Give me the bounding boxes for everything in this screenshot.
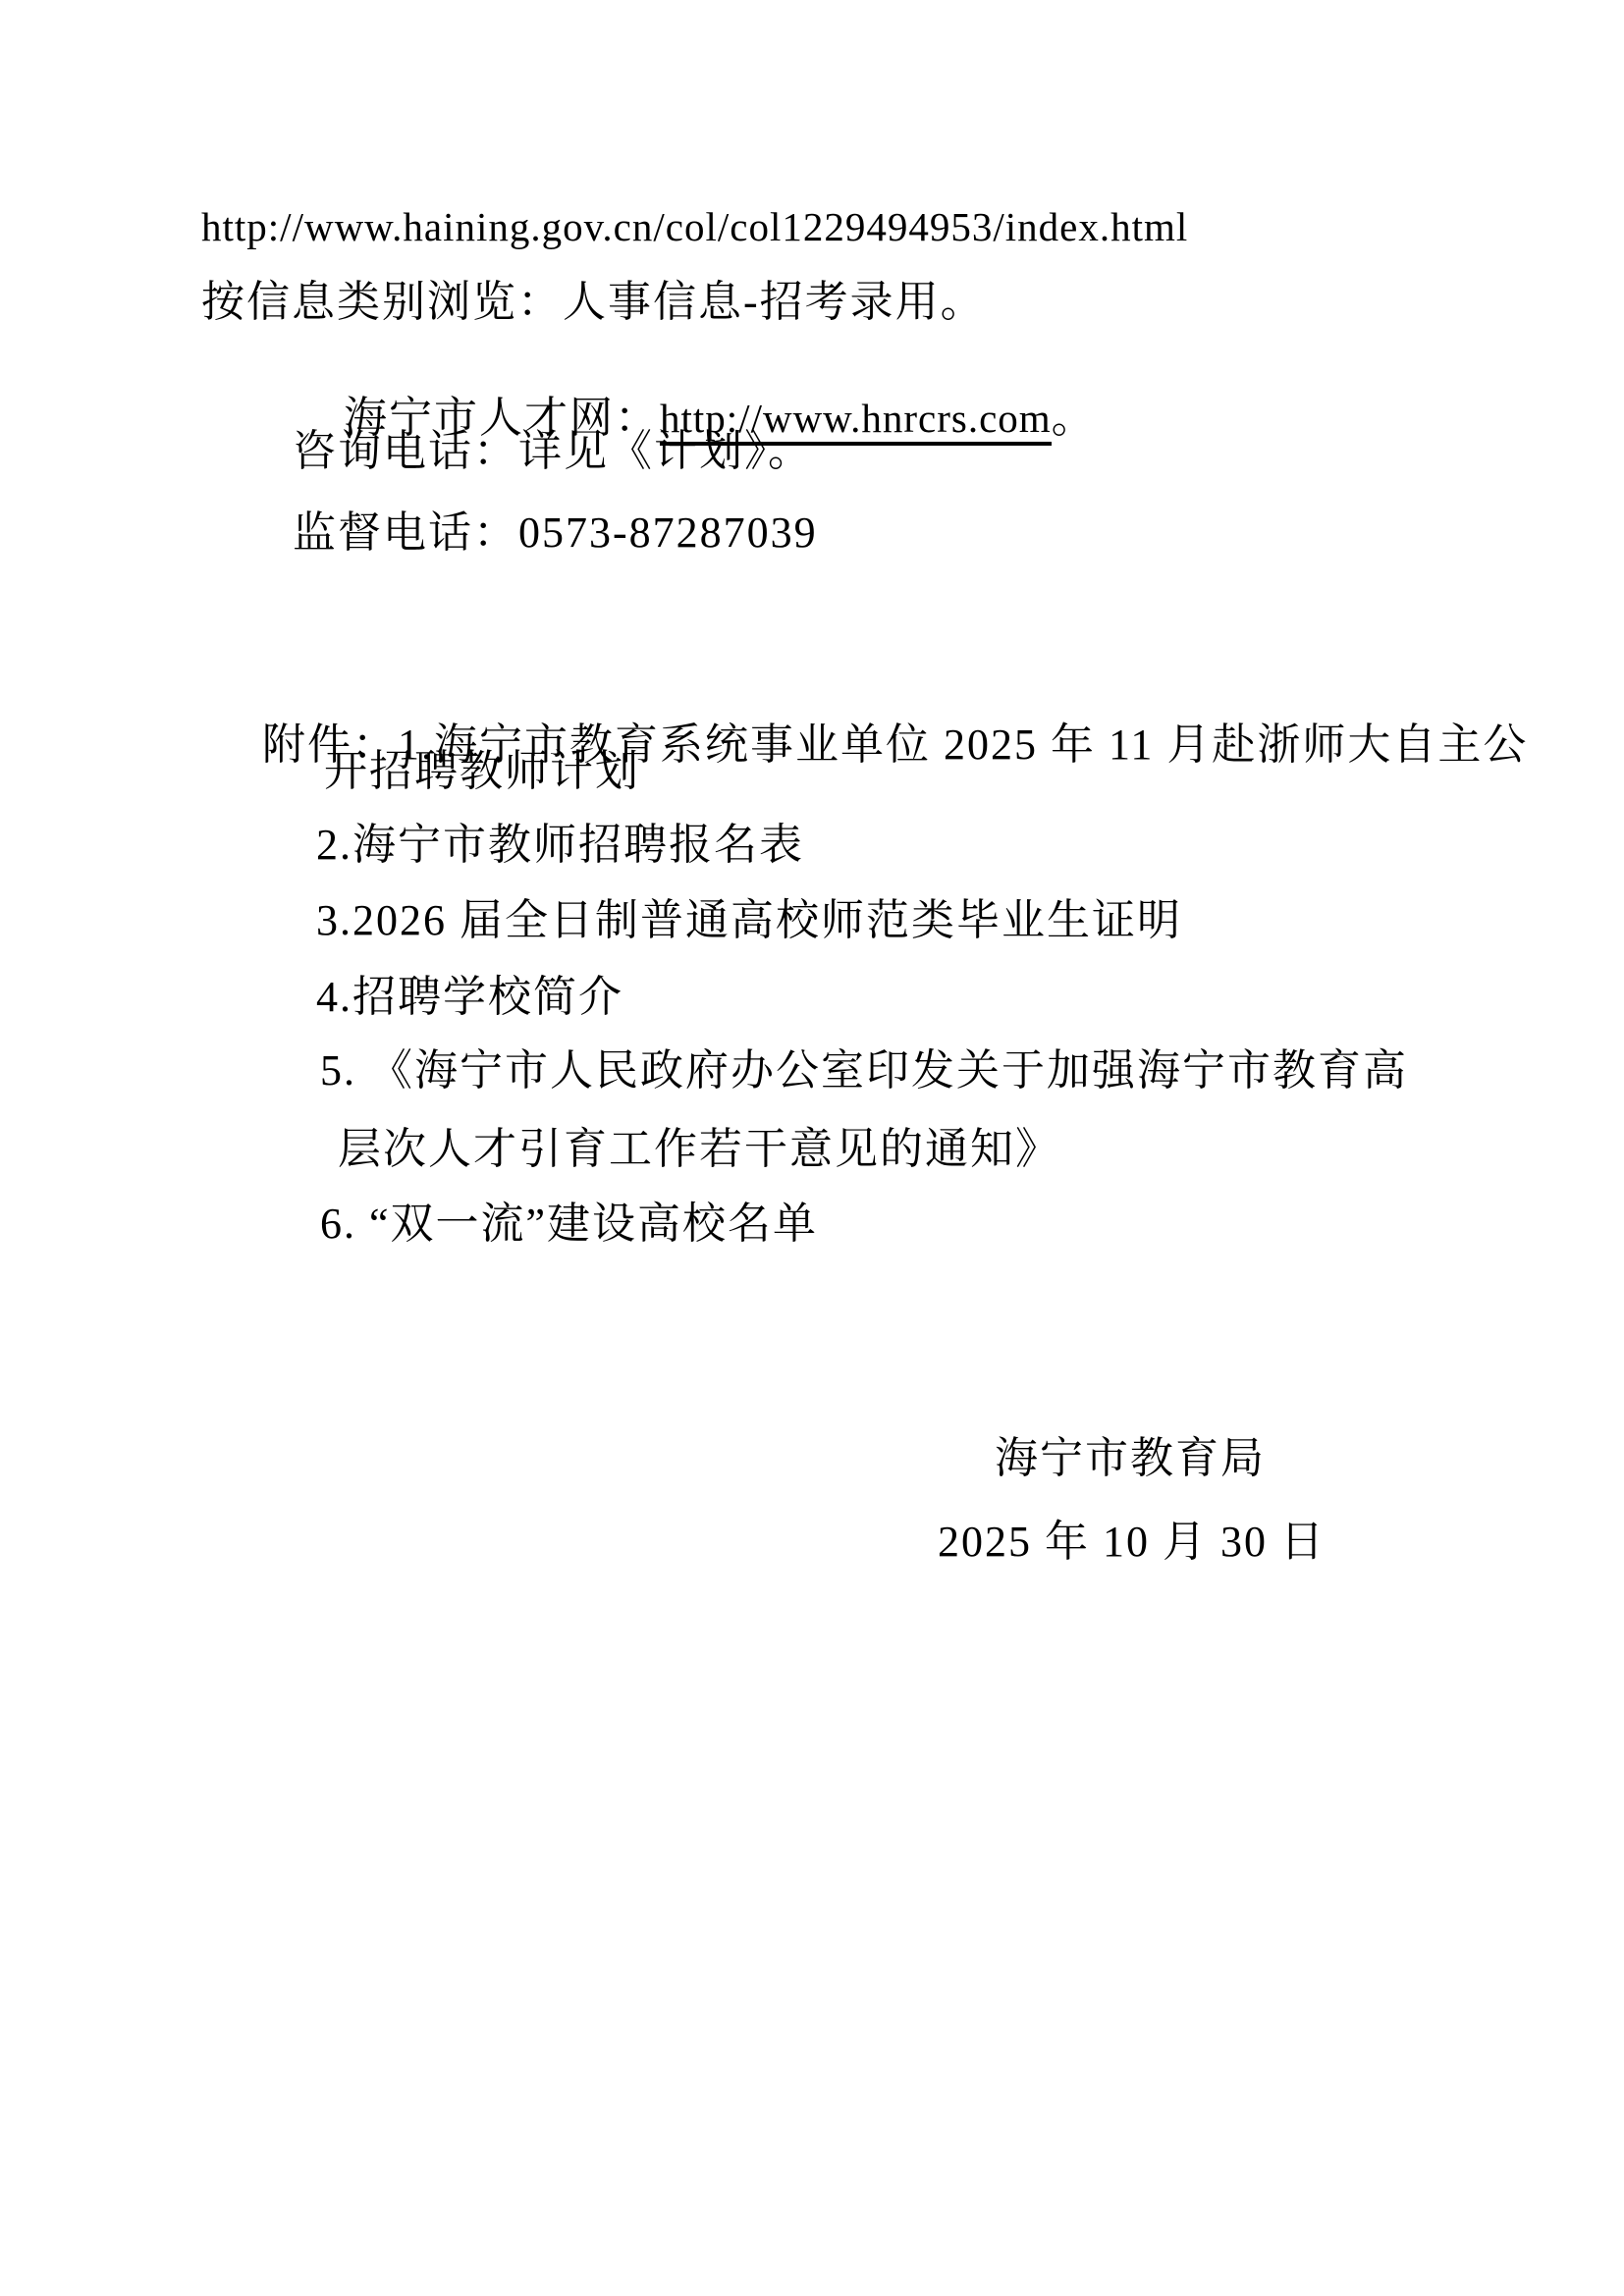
issuer-name: 海宁市教育局: [995, 1434, 1266, 1484]
talent-site-period: 。: [1052, 394, 1097, 442]
attachments-item6: 6. “双一流”建设高校名单: [320, 1200, 818, 1250]
attachments-item4: 4.招聘学校简介: [316, 973, 623, 1023]
attachments-item1-line2: 开招聘教师计划: [324, 747, 640, 797]
attachments-item1-line1: 附件：1.海宁市教育系统事业单位 2025 年 11 月赴浙师大自主公: [211, 670, 1528, 820]
document-page: http://www.haining.gov.cn/col/col1229494…: [0, 0, 1624, 2296]
supervise-phone-text: 监督电话：0573-87287039: [293, 508, 818, 559]
attachments-item2: 2.海宁市教师招聘报名表: [316, 821, 804, 871]
issue-date: 2025 年 10 月 30 日: [938, 1518, 1326, 1568]
browse-category-text: 按信息类别浏览：人事信息-招考录用。: [201, 278, 986, 328]
consult-phone-text: 咨询电话：详见《计划》。: [293, 427, 813, 477]
attachments-item5-line2: 层次人才引育工作若干意见的通知》: [338, 1125, 1060, 1175]
attachments-item5-line1: 5. 《海宁市人民政府办公室印发关于加强海宁市教育高: [320, 1046, 1408, 1096]
attachments-item3: 3.2026 届全日制普通高校师范类毕业生证明: [316, 896, 1182, 946]
portal-url-text: http://www.haining.gov.cn/col/col1229494…: [201, 204, 1188, 250]
